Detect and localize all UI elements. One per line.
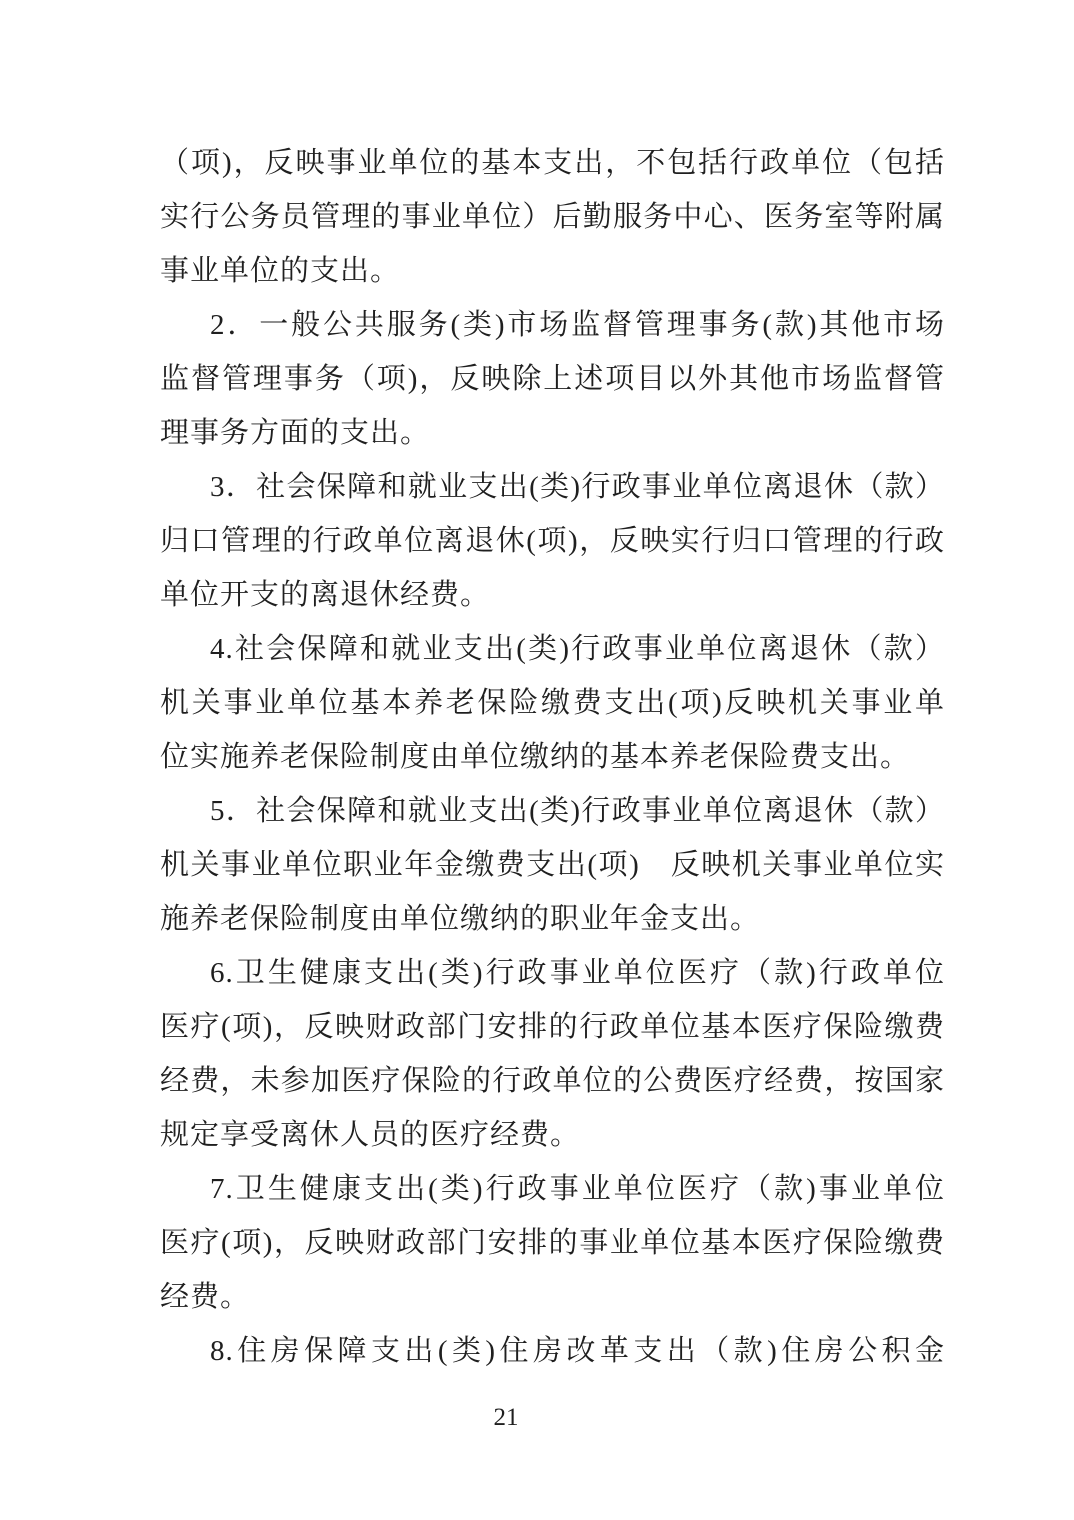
text-line: 6.卫生健康支出(类)行政事业单位医疗（款)行政单位	[160, 946, 945, 1000]
text-line: 实行公务员管理的事业单位）后勤服务中心、医务室等附属	[160, 190, 945, 244]
text-line: 医疗(项)，反映财政部门安排的行政单位基本医疗保险缴费	[160, 1000, 945, 1054]
text-line: 理事务方面的支出。	[160, 406, 945, 460]
text-line: 位实施养老保险制度由单位缴纳的基本养老保险费支出。	[160, 730, 945, 784]
text-line: 施养老保险制度由单位缴纳的职业年金支出。	[160, 892, 945, 946]
text-line: 3．社会保障和就业支出(类)行政事业单位离退休（款）	[160, 460, 945, 514]
document-body-text: （项)，反映事业单位的基本支出，不包括行政单位（包括 实行公务员管理的事业单位）…	[160, 136, 945, 1378]
text-line: 机关事业单位职业年金缴费支出(项) 反映机关事业单位实	[160, 838, 945, 892]
paragraph: （项)，反映事业单位的基本支出，不包括行政单位（包括 实行公务员管理的事业单位）…	[160, 136, 945, 298]
text-line: 5．社会保障和就业支出(类)行政事业单位离退休（款）	[160, 784, 945, 838]
text-line: 医疗(项)，反映财政部门安排的事业单位基本医疗保险缴费	[160, 1216, 945, 1270]
text-line: （项)，反映事业单位的基本支出，不包括行政单位（包括	[160, 136, 945, 190]
text-line: 规定享受离休人员的医疗经费。	[160, 1108, 945, 1162]
paragraph: 8.住房保障支出(类)住房改革支出（款)住房公积金	[160, 1324, 945, 1378]
paragraph: 2．一般公共服务(类)市场监督管理事务(款)其他市场 监督管理事务（项)，反映除…	[160, 298, 945, 460]
paragraph: 3．社会保障和就业支出(类)行政事业单位离退休（款） 归口管理的行政单位离退休(…	[160, 460, 945, 622]
text-line: 单位开支的离退休经费。	[160, 568, 945, 622]
text-line: 7.卫生健康支出(类)行政事业单位医疗（款)事业单位	[160, 1162, 945, 1216]
page-number: 21	[0, 1398, 1012, 1438]
text-line: 机关事业单位基本养老保险缴费支出(项)反映机关事业单	[160, 676, 945, 730]
text-line: 2．一般公共服务(类)市场监督管理事务(款)其他市场	[160, 298, 945, 352]
paragraph: 5．社会保障和就业支出(类)行政事业单位离退休（款） 机关事业单位职业年金缴费支…	[160, 784, 945, 946]
paragraph: 4.社会保障和就业支出(类)行政事业单位离退休（款） 机关事业单位基本养老保险缴…	[160, 622, 945, 784]
text-line: 事业单位的支出。	[160, 244, 945, 298]
paragraph: 6.卫生健康支出(类)行政事业单位医疗（款)行政单位 医疗(项)，反映财政部门安…	[160, 946, 945, 1162]
text-line: 经费。	[160, 1270, 945, 1324]
text-line: 归口管理的行政单位离退休(项)，反映实行归口管理的行政	[160, 514, 945, 568]
text-line: 4.社会保障和就业支出(类)行政事业单位离退休（款）	[160, 622, 945, 676]
paragraph: 7.卫生健康支出(类)行政事业单位医疗（款)事业单位 医疗(项)，反映财政部门安…	[160, 1162, 945, 1324]
document-page: （项)，反映事业单位的基本支出，不包括行政单位（包括 实行公务员管理的事业单位）…	[0, 0, 1074, 1520]
text-line: 监督管理事务（项)，反映除上述项目以外其他市场监督管	[160, 352, 945, 406]
text-line: 经费，未参加医疗保险的行政单位的公费医疗经费，按国家	[160, 1054, 945, 1108]
text-line: 8.住房保障支出(类)住房改革支出（款)住房公积金	[160, 1324, 945, 1378]
